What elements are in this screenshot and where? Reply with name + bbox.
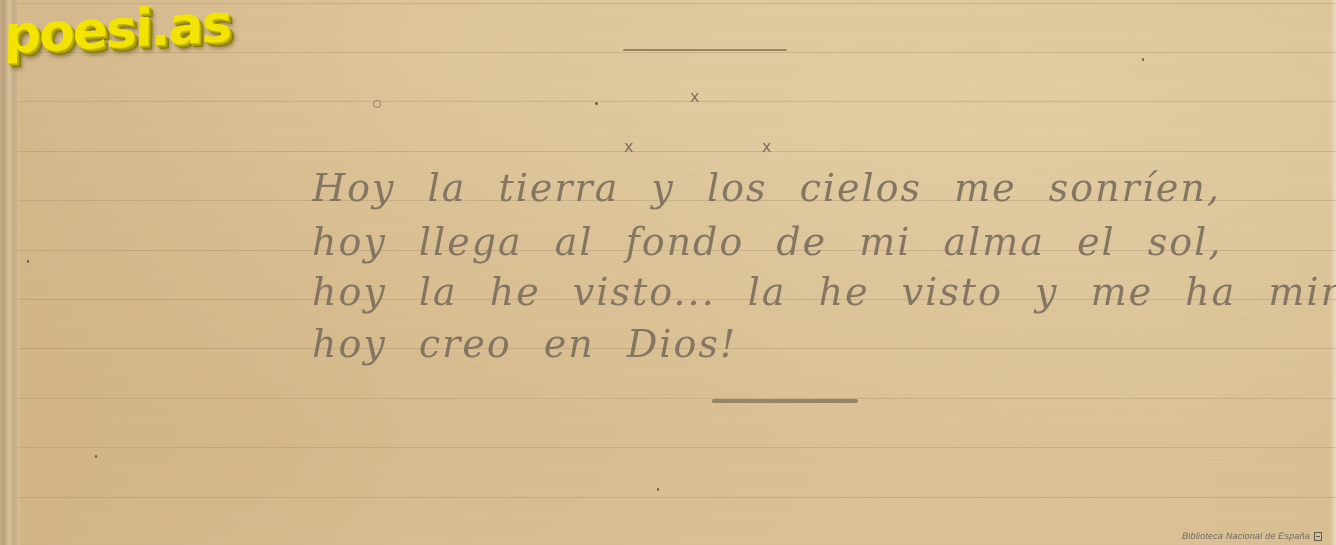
paper-speck <box>27 260 29 263</box>
ornament-circle <box>373 100 381 108</box>
paper-speck <box>1142 58 1144 61</box>
poem-line-2: hoy llega al fondo de mi alma el sol, <box>312 222 1222 262</box>
page-binding-edge <box>0 0 20 545</box>
ruled-line <box>18 447 1336 448</box>
ruled-line <box>18 398 1336 399</box>
poem-line-1: Hoy la tierra y los cielos me sonríen, <box>312 168 1221 208</box>
ornament-dot <box>595 102 598 105</box>
ruled-line <box>18 497 1336 498</box>
paper-speck <box>657 488 659 491</box>
library-credit-text: Biblioteca Nacional de España <box>1182 531 1310 541</box>
library-icon <box>1314 532 1322 541</box>
poem-line-3: hoy la he visto... la he visto y me ha m… <box>312 272 1336 312</box>
top-separator-line <box>623 49 787 51</box>
ruled-line <box>18 151 1336 152</box>
ornament-cross: x <box>624 139 633 155</box>
paper-speck <box>95 455 97 458</box>
ruled-line <box>18 101 1336 102</box>
ornament-cross: x <box>762 139 771 155</box>
poem-line-4: hoy creo en Dios! <box>312 324 737 364</box>
bottom-separator-line <box>712 399 858 403</box>
ornament-cross: x <box>690 89 699 105</box>
library-credit: Biblioteca Nacional de España <box>1182 531 1322 541</box>
